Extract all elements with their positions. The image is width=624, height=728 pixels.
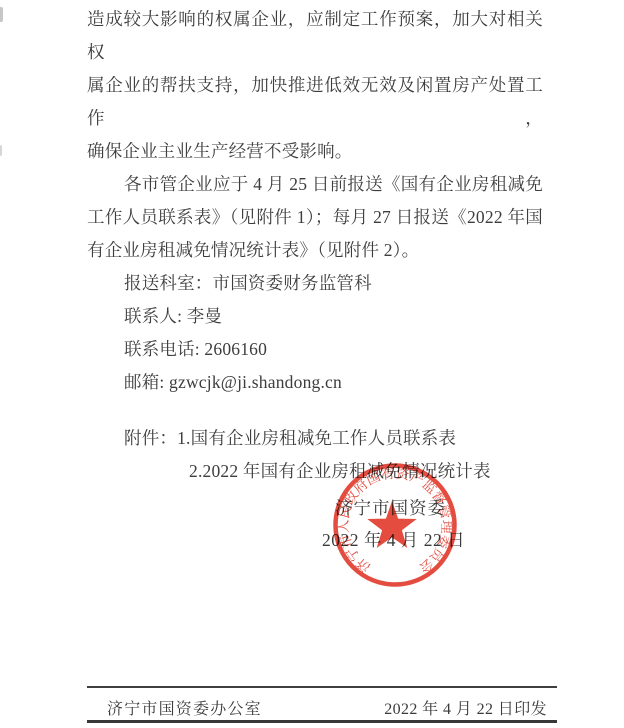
footer-rule-bottom (87, 720, 557, 723)
body-line: 确保企业主业生产经营不受影响。 (87, 135, 543, 168)
seal-star-icon (367, 501, 416, 548)
scan-artifact (0, 145, 2, 156)
contact-email-line: 邮箱: gzwcjk@ji.shandong.cn (87, 366, 543, 399)
body-line: 造成较大影响的权属企业，应制定工作预案，加大对相关权 (87, 3, 543, 69)
contact-phone-line: 联系电话: 2606160 (87, 333, 543, 366)
footer-issuing-office: 济宁市国资委办公室 (107, 696, 262, 719)
footer-rule-top (87, 686, 557, 688)
contact-dept-line: 报送科室：市国资委财务监管科 (87, 267, 543, 300)
body-line: 有企业房租减免情况统计表》（见附件 2）。 (87, 234, 543, 267)
document-body: 造成较大影响的权属企业，应制定工作预案，加大对相关权 属企业的帮扶支持，加快推进… (87, 3, 543, 488)
body-line: 工作人员联系表》（见附件 1）；每月 27 日报送《2022 年国 (87, 201, 543, 234)
body-line: 属企业的帮扶支持，加快推进低效无效及闲置房产处置工作， (87, 69, 543, 135)
footer-print-date: 2022 年 4 月 22 日印发 (384, 696, 547, 719)
scan-artifact (0, 7, 3, 22)
attachment-list-line-1: 附件：1.国有企业房租减免工作人员联系表 (87, 422, 543, 455)
attachment-list-line-2: 2.2022 年国有企业房租减免情况统计表 (87, 455, 543, 488)
body-line: 各市管企业应于 4 月 25 日前报送《国有企业房租减免 (87, 168, 543, 201)
contact-person-line: 联系人: 李曼 (87, 300, 543, 333)
document-page: 造成较大影响的权属企业，应制定工作预案，加大对相关权 属企业的帮扶支持，加快推进… (0, 0, 624, 728)
official-seal: 济宁市人民政府国有资产监督管理委员会 (325, 455, 465, 595)
